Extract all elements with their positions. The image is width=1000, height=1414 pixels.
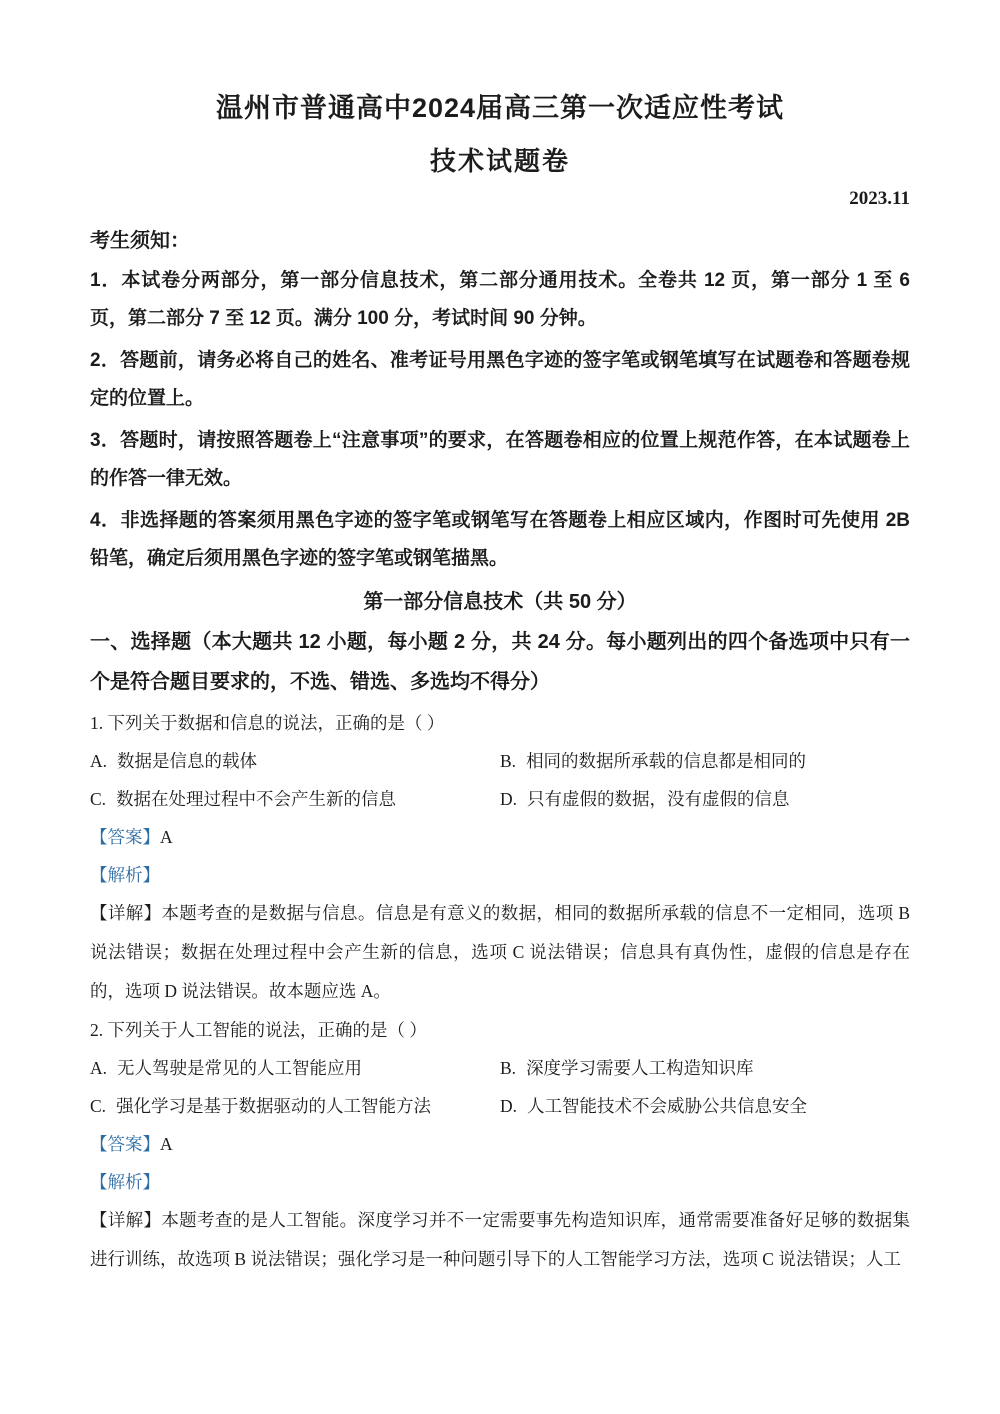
exam-paper-page: 温州市普通高中2024届高三第一次适应性考试 技术试题卷 2023.11 考生须…	[0, 0, 1000, 1414]
question-2-stem: 2. 下列关于人工智能的说法，正确的是（ ）	[90, 1011, 910, 1049]
detail-label: 【详解】	[90, 1210, 161, 1230]
part1-heading: 第一部分信息技术（共 50 分）	[90, 582, 910, 622]
option-text: 数据是信息的载体	[117, 751, 257, 771]
option-label: A.	[90, 1058, 107, 1078]
answer-value: A	[160, 827, 173, 847]
detail-text: 本题考查的是人工智能。深度学习并不一定需要事先构造知识库，通常需要准备好足够的数…	[90, 1210, 910, 1269]
answer-label: 【答案】	[90, 827, 160, 847]
option-text: 强化学习是基于数据驱动的人工智能方法	[116, 1096, 431, 1116]
exam-date: 2023.11	[90, 188, 910, 210]
option-label: B.	[500, 1058, 516, 1078]
option-label: D.	[500, 789, 517, 809]
detail-text: 本题考查的是数据与信息。信息是有意义的数据，相同的数据所承载的信息不一定相同，选…	[90, 903, 910, 1001]
option-label: A.	[90, 751, 107, 771]
multiple-choice-heading: 一、选择题（本大题共 12 小题，每小题 2 分，共 24 分。每小题列出的四个…	[90, 622, 910, 702]
notice-item-4: 4．非选择题的答案须用黑色字迹的签字笔或钢笔写在答题卷上相应区域内，作图时可先使…	[90, 502, 910, 578]
option-text: 只有虚假的数据，没有虚假的信息	[527, 789, 790, 809]
question-1-options-row-1: A.数据是信息的载体 B.相同的数据所承载的信息都是相同的	[90, 742, 910, 780]
question-1-option-a: A.数据是信息的载体	[90, 742, 500, 780]
option-label: D.	[500, 1096, 517, 1116]
question-1-analysis-label: 【解析】	[90, 856, 910, 894]
answer-label: 【答案】	[90, 1134, 160, 1154]
option-label: C.	[90, 1096, 106, 1116]
page-title: 温州市普通高中2024届高三第一次适应性考试	[90, 86, 910, 125]
question-2-detail: 【详解】本题考查的是人工智能。深度学习并不一定需要事先构造知识库，通常需要准备好…	[90, 1201, 910, 1279]
option-text: 无人驾驶是常见的人工智能应用	[117, 1058, 362, 1078]
question-1-stem: 1. 下列关于数据和信息的说法，正确的是（ ）	[90, 704, 910, 742]
answer-value: A	[160, 1134, 173, 1154]
question-1-detail: 【详解】本题考查的是数据与信息。信息是有意义的数据，相同的数据所承载的信息不一定…	[90, 894, 910, 1011]
question-2-option-d: D.人工智能技术不会威胁公共信息安全	[500, 1087, 910, 1125]
page-subtitle: 技术试题卷	[90, 141, 910, 178]
option-text: 数据在处理过程中不会产生新的信息	[116, 789, 396, 809]
question-1: 1. 下列关于数据和信息的说法，正确的是（ ） A.数据是信息的载体 B.相同的…	[90, 704, 910, 1011]
question-1-option-d: D.只有虚假的数据，没有虚假的信息	[500, 780, 910, 818]
question-2-answer-line: 【答案】A	[90, 1125, 910, 1163]
question-1-answer-line: 【答案】A	[90, 818, 910, 856]
question-1-option-b: B.相同的数据所承载的信息都是相同的	[500, 742, 910, 780]
detail-label: 【详解】	[90, 903, 161, 923]
option-text: 深度学习需要人工构造知识库	[526, 1058, 754, 1078]
notice-item-3: 3．答题时，请按照答题卷上“注意事项”的要求，在答题卷相应的位置上规范作答，在本…	[90, 422, 910, 498]
option-text: 相同的数据所承载的信息都是相同的	[526, 751, 806, 771]
notice-heading: 考生须知：	[90, 222, 910, 260]
notice-item-1: 1．本试卷分两部分，第一部分信息技术，第二部分通用技术。全卷共 12 页，第一部…	[90, 262, 910, 338]
question-2-analysis-label: 【解析】	[90, 1163, 910, 1201]
question-2-option-c: C.强化学习是基于数据驱动的人工智能方法	[90, 1087, 500, 1125]
question-1-option-c: C.数据在处理过程中不会产生新的信息	[90, 780, 500, 818]
question-2-option-a: A.无人驾驶是常见的人工智能应用	[90, 1049, 500, 1087]
notice-item-2: 2．答题前，请务必将自己的姓名、准考证号用黑色字迹的签字笔或钢笔填写在试题卷和答…	[90, 342, 910, 418]
question-2-options-row-1: A.无人驾驶是常见的人工智能应用 B.深度学习需要人工构造知识库	[90, 1049, 910, 1087]
question-1-options-row-2: C.数据在处理过程中不会产生新的信息 D.只有虚假的数据，没有虚假的信息	[90, 780, 910, 818]
question-2: 2. 下列关于人工智能的说法，正确的是（ ） A.无人驾驶是常见的人工智能应用 …	[90, 1011, 910, 1279]
option-label: B.	[500, 751, 516, 771]
option-text: 人工智能技术不会威胁公共信息安全	[527, 1096, 807, 1116]
question-2-option-b: B.深度学习需要人工构造知识库	[500, 1049, 910, 1087]
question-2-options-row-2: C.强化学习是基于数据驱动的人工智能方法 D.人工智能技术不会威胁公共信息安全	[90, 1087, 910, 1125]
option-label: C.	[90, 789, 106, 809]
